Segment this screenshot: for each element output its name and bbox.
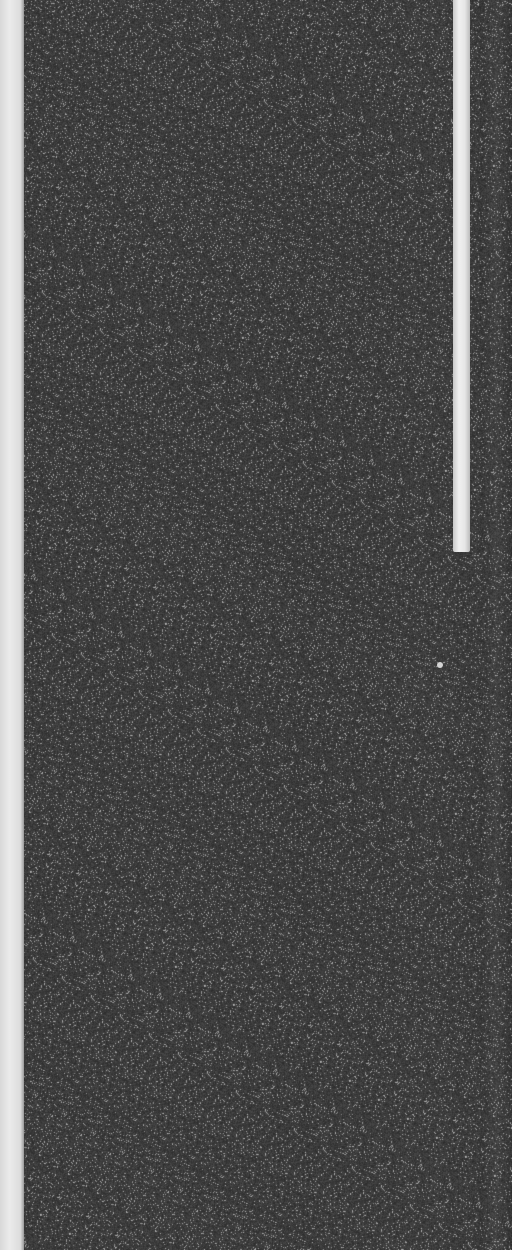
asphalt-road-surface: Top-down view of asphalt road surface	[0, 0, 512, 1250]
debris-speck	[437, 662, 443, 668]
asphalt-texture	[0, 0, 512, 1250]
road-wear-band	[480, 0, 512, 1250]
solid-edge-line	[0, 0, 24, 1250]
dashed-lane-line	[453, 0, 470, 552]
